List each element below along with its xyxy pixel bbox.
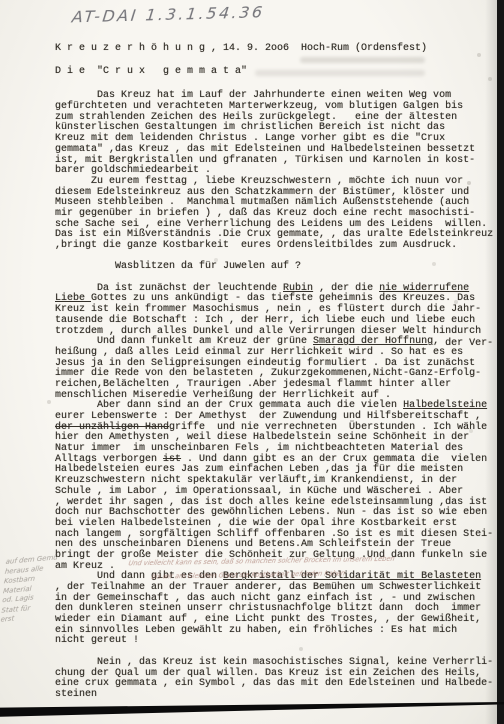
typed-line: bei vielen Halbedelsteinen , die wie der… <box>55 519 494 530</box>
underlined-text: Liebe <box>55 293 91 304</box>
typed-text: Gottes zu uns ankündigt - das tiefste ge… <box>91 293 475 304</box>
archive-reference-handwriting: AT-DAI 1.3.1.54.36 <box>71 2 266 26</box>
document-body: Das Kreuz hat im Lauf der Jahrhunderte e… <box>55 91 494 700</box>
typed-line: steinen <box>55 690 494 701</box>
interline-note-line2: bis wir am Gleichen Glanz die Kostbarkei… <box>117 568 502 582</box>
typed-text: Und dann funkelt am Kreuz der grüne <box>55 336 313 347</box>
scan-edge-bottom <box>0 698 504 718</box>
document-date-line: K r e u z e r h ö h u n g , 14. 9. 2oo6 … <box>55 44 494 55</box>
typed-text-block: K r e u z e r h ö h u n g , 14. 9. 2oo6 … <box>55 44 494 701</box>
scan-edge-right <box>497 0 504 724</box>
scanned-document-page: AT-DAI 1.3.1.54.36 K r e u z e r h ö h u… <box>0 0 504 724</box>
typed-line: Wasblitzen da für Juwelen auf ? <box>55 262 494 273</box>
typed-line: eine crux gemmata , ein Symbol , das das… <box>55 679 494 690</box>
scan-edge-shadow <box>485 0 497 724</box>
typed-line: heißung , daß alles Leid einmal zur Herr… <box>55 348 494 359</box>
typed-text: , <box>433 336 445 347</box>
interline-handwriting-note: Und vielleicht kann es sein, daß so manc… <box>114 547 504 596</box>
scan-noise-specks <box>0 0 2 2</box>
typed-line: Zu eurem festtag , liebe Kreuzschwestern… <box>55 177 494 188</box>
typed-line: ,bringt die ganze Kostbarkeit eures Orde… <box>55 241 494 252</box>
typed-text: Aber dann sind an der Crux gemmata auch … <box>55 400 403 411</box>
typed-line: Schule , im Labor , im Operationssaal, i… <box>55 487 494 498</box>
interline-note-line1: Und vielleicht kann es sein, daß so manc… <box>128 555 396 568</box>
pencil-margin-notes: auf dem Gemüheraus alleKostbarnMaterialo… <box>0 553 60 625</box>
underlined-text: Halbedelsteine <box>403 400 487 411</box>
typed-line: tausende die Botschaft : Ich , der Herr,… <box>55 316 494 327</box>
typed-line: nicht gereut ! <box>55 636 494 647</box>
typed-line: Nein , das Kreuz ist kein masochistische… <box>55 658 494 669</box>
document-title: D i e "C r u x g e m m a t a" <box>55 67 494 78</box>
underlined-text: Smaragd der Hoffnung <box>313 336 433 347</box>
typed-line: gemmata" ,das Kreuz , das mit Edelsteine… <box>55 145 494 156</box>
